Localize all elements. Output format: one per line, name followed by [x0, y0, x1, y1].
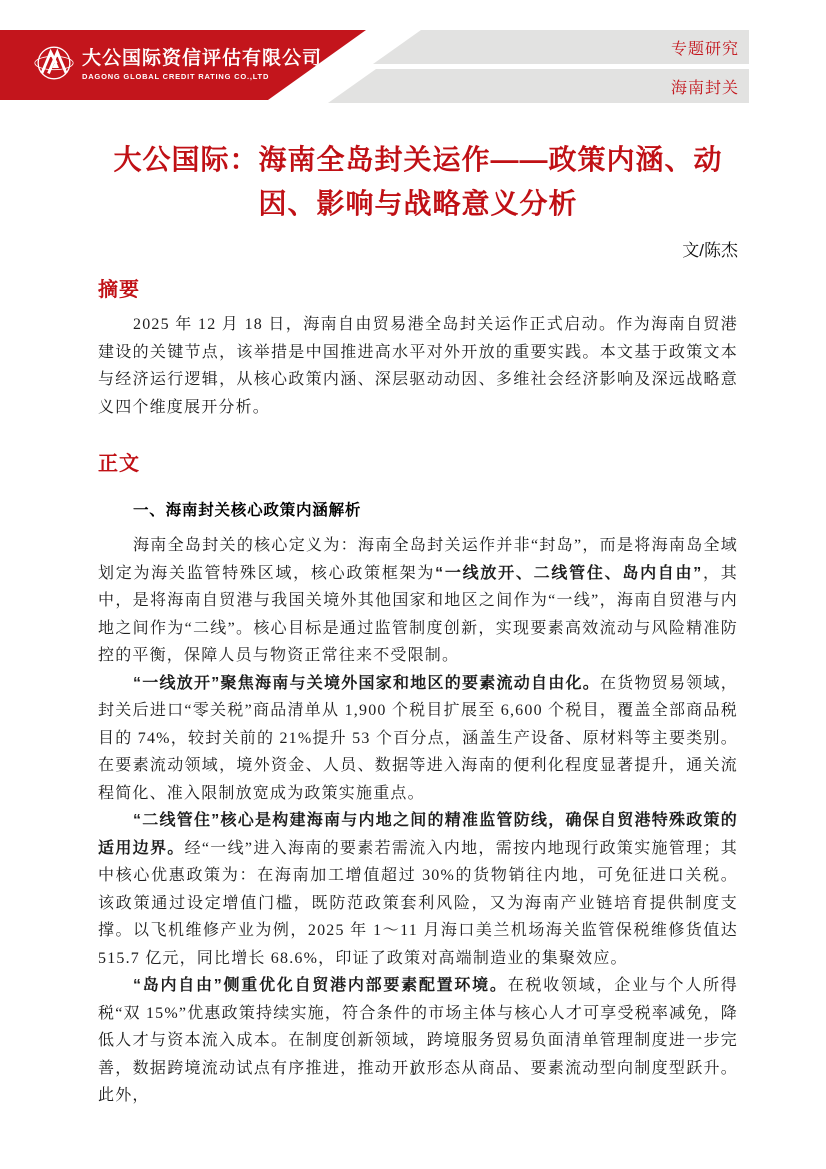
body-paragraph: “一线放开”聚焦海南与关境外国家和地区的要素流动自由化。在货物贸易领域，封关后进… — [98, 670, 738, 808]
header-brand-banner: 大公国际资信评估有限公司 DAGONG GLOBAL CREDIT RATING… — [0, 30, 366, 100]
body-paragraph: “岛内自由”侧重优化自贸港内部要素配置环境。在税收领域，企业与个人所得税“双 1… — [98, 972, 738, 1110]
document-content: 大公国际：海南全岛封关运作——政策内涵、动因、影响与战略意义分析 文/陈杰 摘要… — [98, 138, 738, 1110]
author-byline: 文/陈杰 — [98, 236, 738, 261]
company-name-block: 大公国际资信评估有限公司 DAGONG GLOBAL CREDIT RATING… — [82, 49, 322, 81]
report-type-tag-label: 专题研究 — [671, 36, 739, 59]
report-topic-tag-label: 海南封关 — [671, 75, 739, 98]
section-heading: 一、海南封关核心政策内涵解析 — [98, 498, 738, 520]
body-paragraph: 海南全岛封关的核心定义为：海南全岛封关运作并非“封岛”，而是将海南岛全域划定为海… — [98, 532, 738, 670]
report-topic-tag: 海南封关 — [328, 69, 749, 103]
company-name-en: DAGONG GLOBAL CREDIT RATING CO.,LTD — [82, 73, 322, 81]
report-type-tag: 专题研究 — [373, 30, 749, 64]
body-heading: 正文 — [98, 447, 738, 476]
abstract-paragraph: 2025 年 12 月 18 日，海南自由贸易港全岛封关运作正式启动。作为海南自… — [98, 311, 738, 421]
company-name-cn: 大公国际资信评估有限公司 — [82, 49, 322, 70]
body-paragraph: “二线管住”核心是构建海南与内地之间的精准监管防线，确保自贸港特殊政策的适用边界… — [98, 807, 738, 972]
report-page: 大公国际资信评估有限公司 DAGONG GLOBAL CREDIT RATING… — [0, 0, 826, 1169]
page-number: 1 — [0, 1064, 826, 1080]
page-title: 大公国际：海南全岛封关运作——政策内涵、动因、影响与战略意义分析 — [98, 138, 738, 226]
dagong-globe-logo-icon — [34, 43, 74, 88]
abstract-heading: 摘要 — [98, 273, 738, 302]
